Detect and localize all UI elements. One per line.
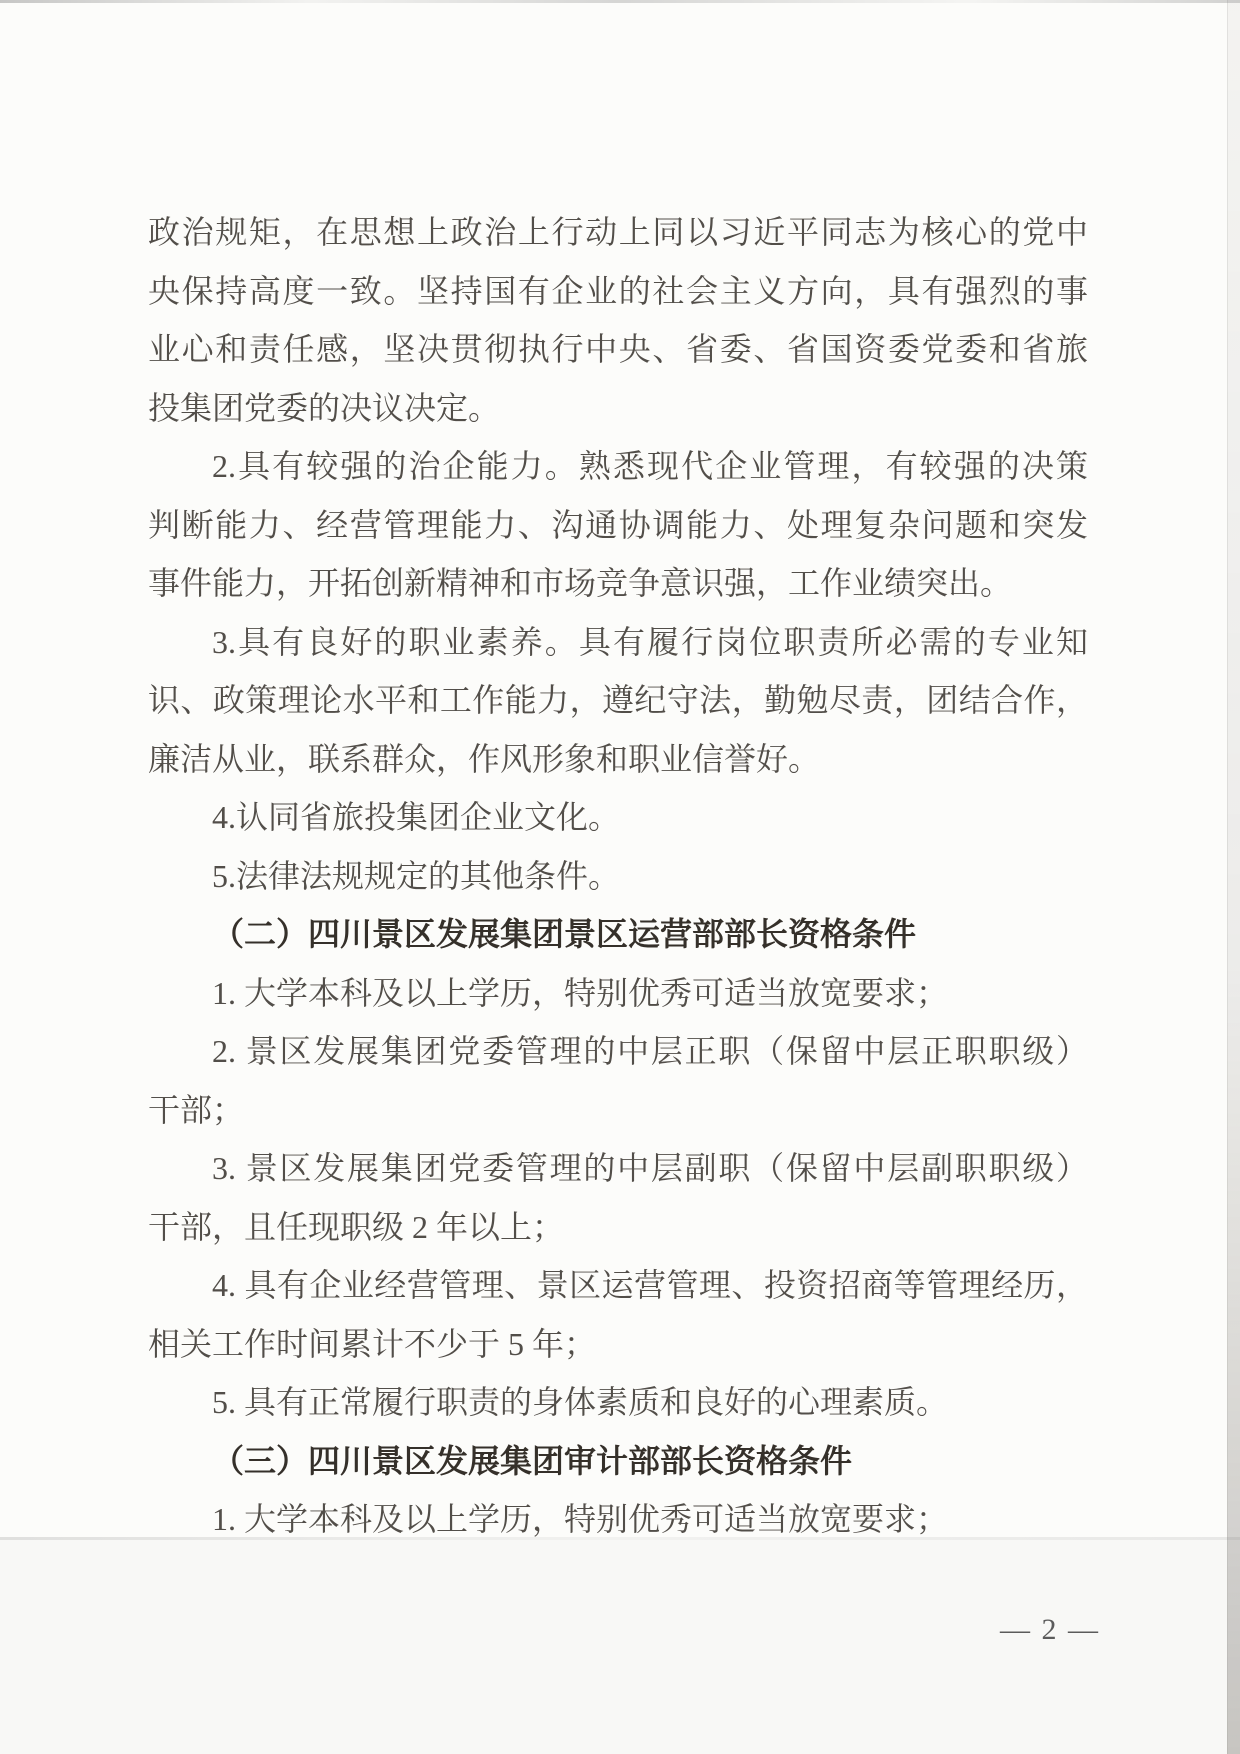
document-line: 3.具有良好的职业素养。具有履行岗位职责所必需的专业知 [148,613,1088,672]
document-line: 干部，且任现职级 2 年以上； [148,1198,1088,1257]
scan-right-edge-shadow [1227,0,1240,1754]
document-line: 5. 具有正常履行职责的身体素质和良好的心理素质。 [148,1373,1088,1432]
document-line: 政治规矩，在思想上政治上行动上同以习近平同志为核心的党中 [148,203,1088,262]
document-line: 识、政策理论水平和工作能力，遵纪守法，勤勉尽责，团结合作， [148,671,1088,730]
document-line: （三）四川景区发展集团审计部部长资格条件 [148,1432,1088,1491]
document-line: 4.认同省旅投集团企业文化。 [148,788,1088,847]
document-line: 业心和责任感，坚决贯彻执行中央、省委、省国资委党委和省旅 [148,320,1088,379]
document-line: 事件能力，开拓创新精神和市场竞争意识强，工作业绩突出。 [148,554,1088,613]
document-line: 廉洁从业，联系群众，作风形象和职业信誉好。 [148,730,1088,789]
document-line: 2.具有较强的治企能力。熟悉现代企业管理，有较强的决策 [148,437,1088,496]
document-line: 央保持高度一致。坚持国有企业的社会主义方向，具有强烈的事 [148,262,1088,321]
document-line: 4. 具有企业经营管理、景区运营管理、投资招商等管理经历， [148,1256,1088,1315]
document-line: 判断能力、经营管理能力、沟通协调能力、处理复杂问题和突发 [148,496,1088,555]
document-line: 1. 大学本科及以上学历，特别优秀可适当放宽要求； [148,964,1088,1023]
document-line: 干部； [148,1081,1088,1140]
scanned-document-page: 政治规矩，在思想上政治上行动上同以习近平同志为核心的党中央保持高度一致。坚持国有… [0,0,1240,1754]
document-line: （二）四川景区发展集团景区运营部部长资格条件 [148,905,1088,964]
document-line: 相关工作时间累计不少于 5 年； [148,1315,1088,1374]
scan-top-edge-artifact [0,0,1240,3]
document-line: 3. 景区发展集团党委管理的中层副职（保留中层副职职级） [148,1139,1088,1198]
document-line: 投集团党委的决议决定。 [148,379,1088,438]
document-line: 2. 景区发展集团党委管理的中层正职（保留中层正职职级） [148,1022,1088,1081]
document-body: 政治规矩，在思想上政治上行动上同以习近平同志为核心的党中央保持高度一致。坚持国有… [148,203,1088,1549]
scan-crease-artifact [0,1537,1240,1540]
document-line: 5.法律法规规定的其他条件。 [148,847,1088,906]
scan-bottom-shading [0,1540,1240,1754]
